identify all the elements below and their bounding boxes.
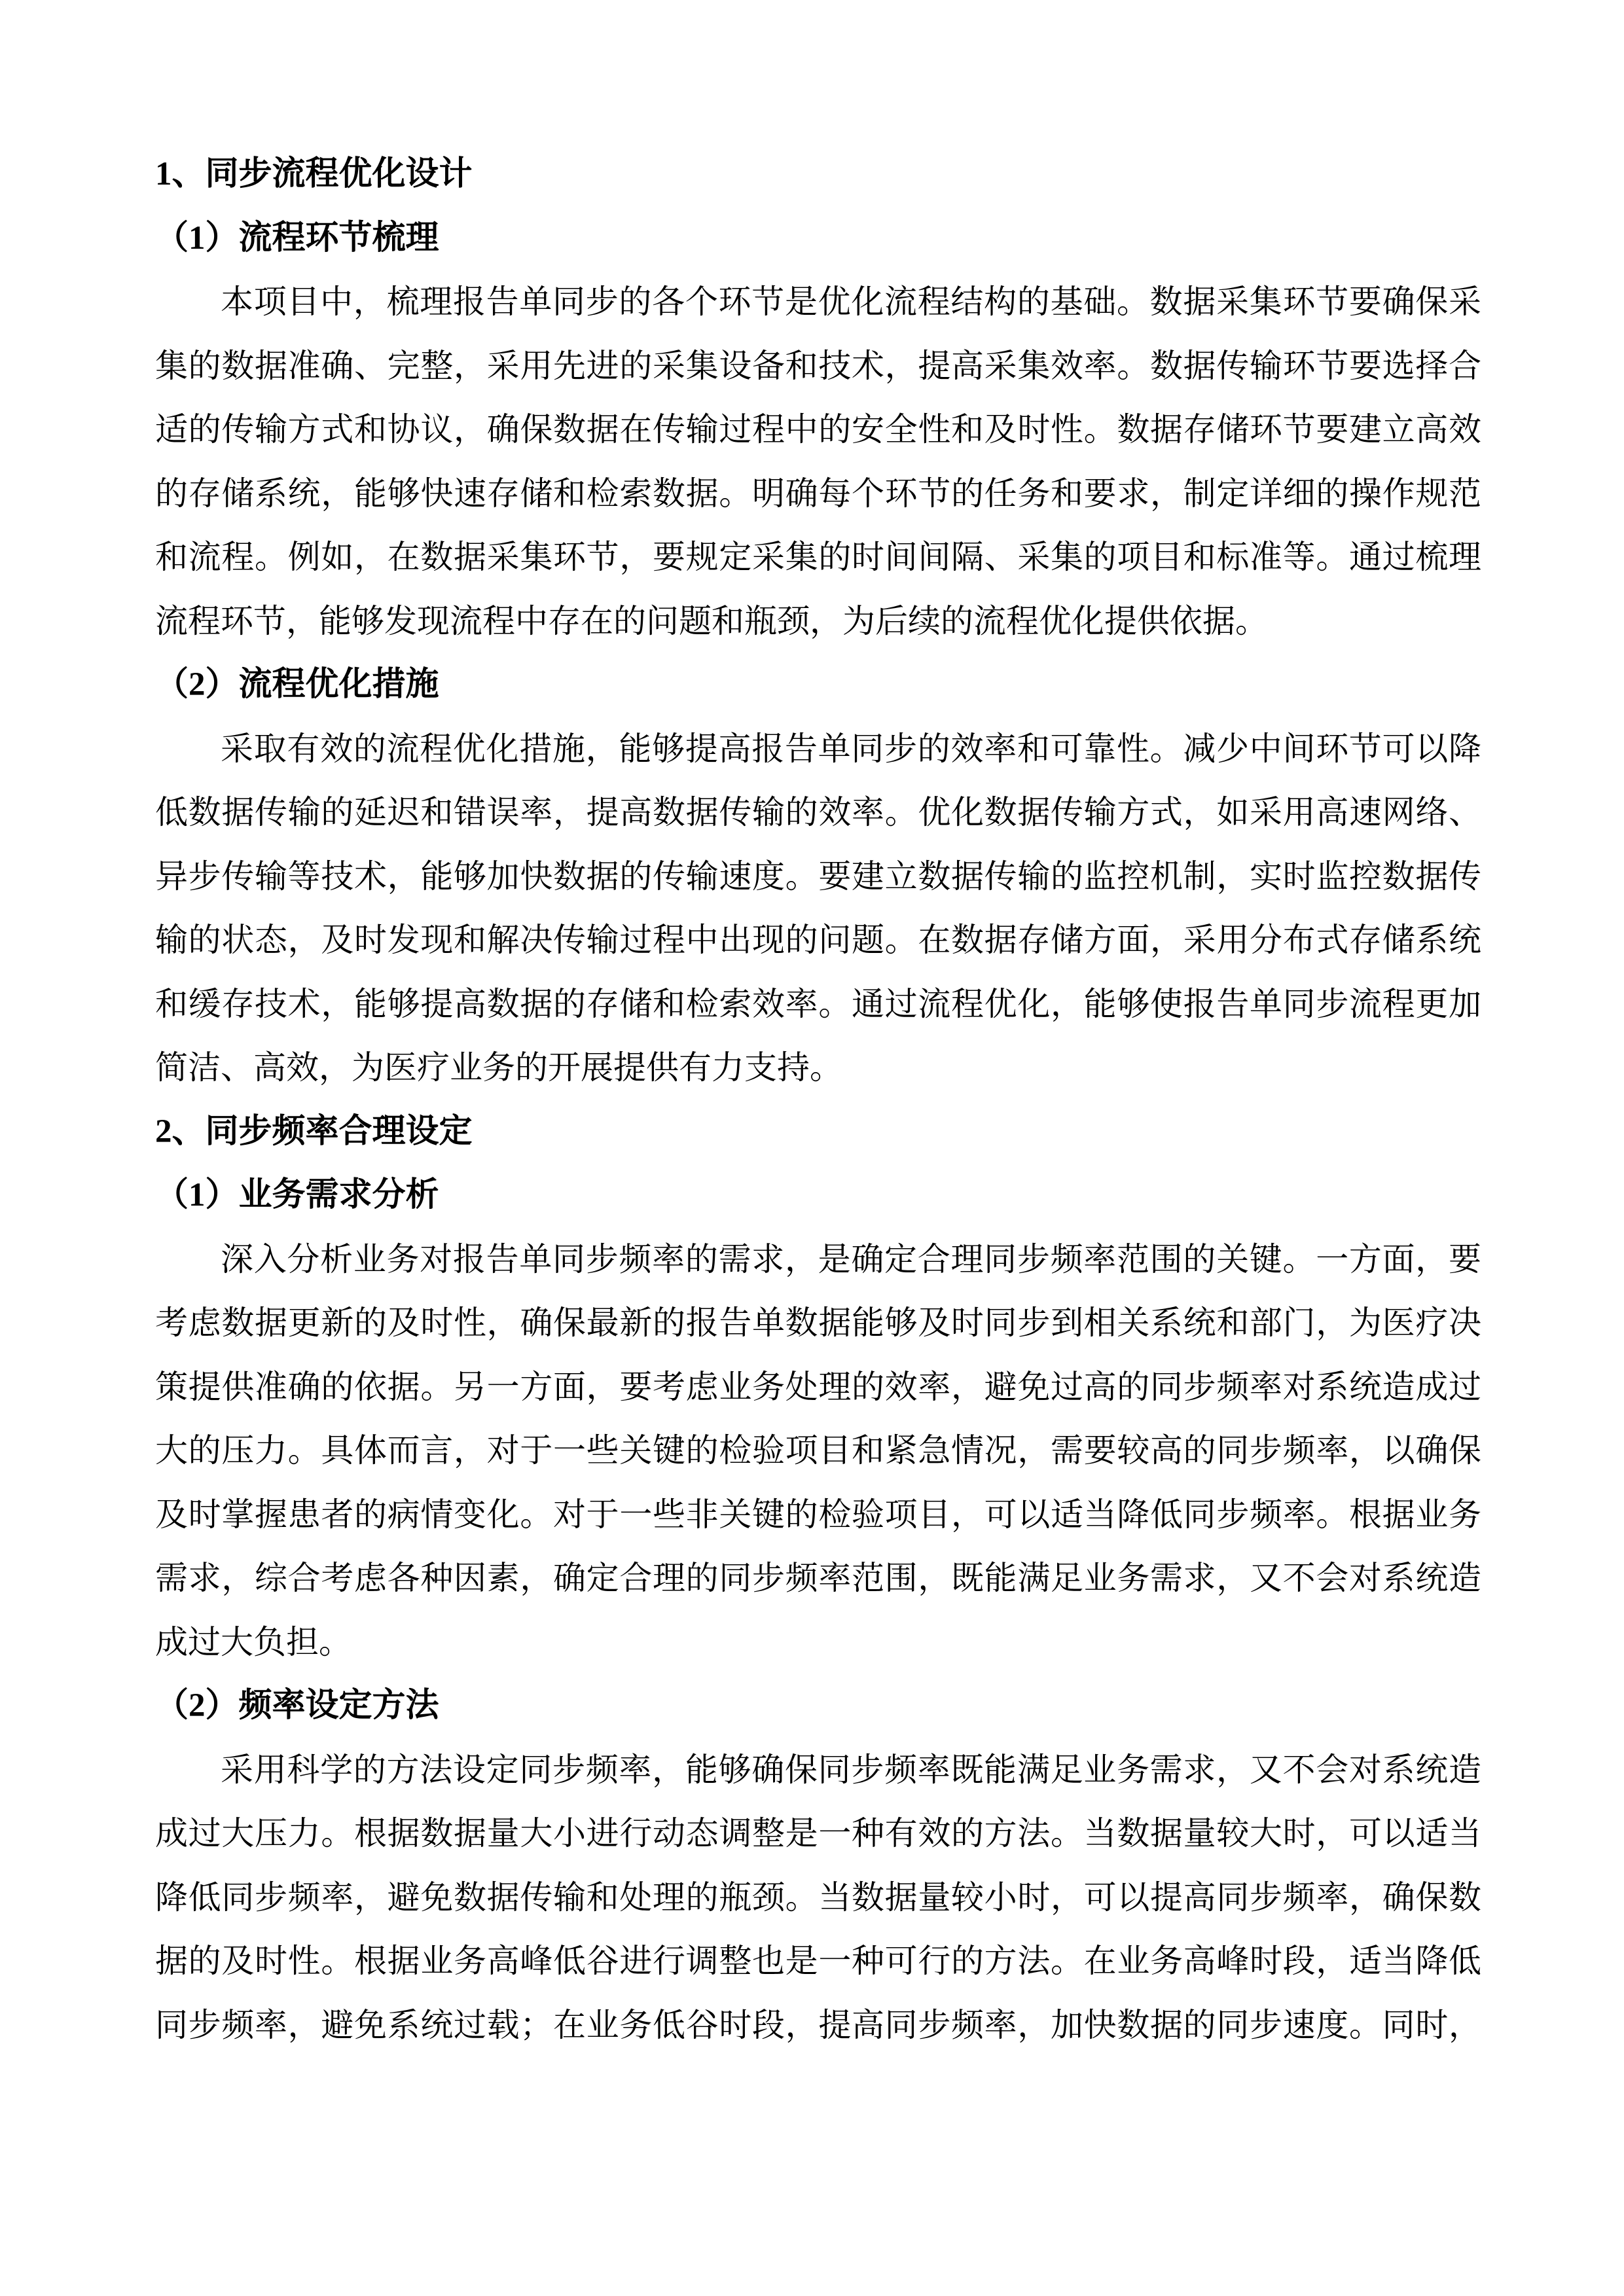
text-line: 深入分析业务对报告单同步频率的需求，是确定合理同步频率范围的关键。一方面，要 <box>155 1228 1481 1292</box>
text-line: 降低同步频率，避免数据传输和处理的瓶颈。当数据量较小时，可以提高同步频率，确保数 <box>155 1866 1481 1930</box>
text-line: 策提供准确的依据。另一方面，要考虑业务处理的效率，避免过高的同步频率对系统造成过 <box>155 1355 1481 1420</box>
heading-level2: （2）频率设定方法 <box>155 1674 1481 1738</box>
heading-level2: （1）流程环节梳理 <box>155 207 1481 271</box>
text-line: 大的压力。具体而言，对于一些关键的检验项目和紧急情况，需要较高的同步频率，以确保 <box>155 1419 1481 1483</box>
text-line: 集的数据准确、完整，采用先进的采集设备和技术，提高采集效率。数据传输环节要选择合 <box>155 334 1481 399</box>
text-line: 据的及时性。根据业务高峰低谷进行调整也是一种可行的方法。在业务高峰时段，适当降低 <box>155 1929 1481 1994</box>
document-content: 1、同步流程优化设计（1）流程环节梳理本项目中，梳理报告单同步的各个环节是优化流… <box>155 143 1481 2057</box>
text-line: 考虑数据更新的及时性，确保最新的报告单数据能够及时同步到相关系统和部门，为医疗决 <box>155 1291 1481 1355</box>
paragraph: 采取有效的流程优化措施，能够提高报告单同步的效率和可靠性。减少中间环节可以降低数… <box>155 717 1481 1100</box>
text-line: 及时掌握患者的病情变化。对于一些非关键的检验项目，可以适当降低同步频率。根据业务 <box>155 1483 1481 1547</box>
text-line: 成过大负担。 <box>155 1611 1481 1675</box>
text-line: 采用科学的方法设定同步频率，能够确保同步频率既能满足业务需求，又不会对系统造 <box>155 1738 1481 1803</box>
text-line: 输的状态，及时发现和解决传输过程中出现的问题。在数据存储方面，采用分布式存储系统 <box>155 908 1481 973</box>
text-line: 本项目中，梳理报告单同步的各个环节是优化流程结构的基础。数据采集环节要确保采 <box>155 270 1481 334</box>
heading-level2: （1）业务需求分析 <box>155 1164 1481 1228</box>
text-line: 适的传输方式和协议，确保数据在传输过程中的安全性和及时性。数据存储环节要建立高效 <box>155 398 1481 462</box>
text-line: 和缓存技术，能够提高数据的存储和检索效率。通过流程优化，能够使报告单同步流程更加 <box>155 973 1481 1037</box>
paragraph: 深入分析业务对报告单同步频率的需求，是确定合理同步频率范围的关键。一方面，要考虑… <box>155 1228 1481 1675</box>
text-line: 需求，综合考虑各种因素，确定合理的同步频率范围，既能满足业务需求，又不会对系统造 <box>155 1547 1481 1611</box>
heading-level1: 2、同步频率合理设定 <box>155 1100 1481 1164</box>
text-line: 和流程。例如，在数据采集环节，要规定采集的时间间隔、采集的项目和标准等。通过梳理 <box>155 526 1481 590</box>
heading-level2: （2）流程优化措施 <box>155 653 1481 717</box>
text-line: 的存储系统，能够快速存储和检索数据。明确每个环节的任务和要求，制定详细的操作规范 <box>155 462 1481 526</box>
document-page: 1、同步流程优化设计（1）流程环节梳理本项目中，梳理报告单同步的各个环节是优化流… <box>0 0 1624 2296</box>
text-line: 同步频率，避免系统过载；在业务低谷时段，提高同步频率，加快数据的同步速度。同时， <box>155 1994 1481 2058</box>
text-line: 低数据传输的延迟和错误率，提高数据传输的效率。优化数据传输方式，如采用高速网络、 <box>155 781 1481 845</box>
text-line: 异步传输等技术，能够加快数据的传输速度。要建立数据传输的监控机制，实时监控数据传 <box>155 845 1481 909</box>
text-line: 简洁、高效，为医疗业务的开展提供有力支持。 <box>155 1036 1481 1100</box>
text-line: 成过大压力。根据数据量大小进行动态调整是一种有效的方法。当数据量较大时，可以适当 <box>155 1802 1481 1866</box>
paragraph: 采用科学的方法设定同步频率，能够确保同步频率既能满足业务需求，又不会对系统造成过… <box>155 1738 1481 2058</box>
paragraph: 本项目中，梳理报告单同步的各个环节是优化流程结构的基础。数据采集环节要确保采集的… <box>155 270 1481 653</box>
text-line: 采取有效的流程优化措施，能够提高报告单同步的效率和可靠性。减少中间环节可以降 <box>155 717 1481 781</box>
heading-level1: 1、同步流程优化设计 <box>155 143 1481 207</box>
text-line: 流程环节，能够发现流程中存在的问题和瓶颈，为后续的流程优化提供依据。 <box>155 590 1481 654</box>
